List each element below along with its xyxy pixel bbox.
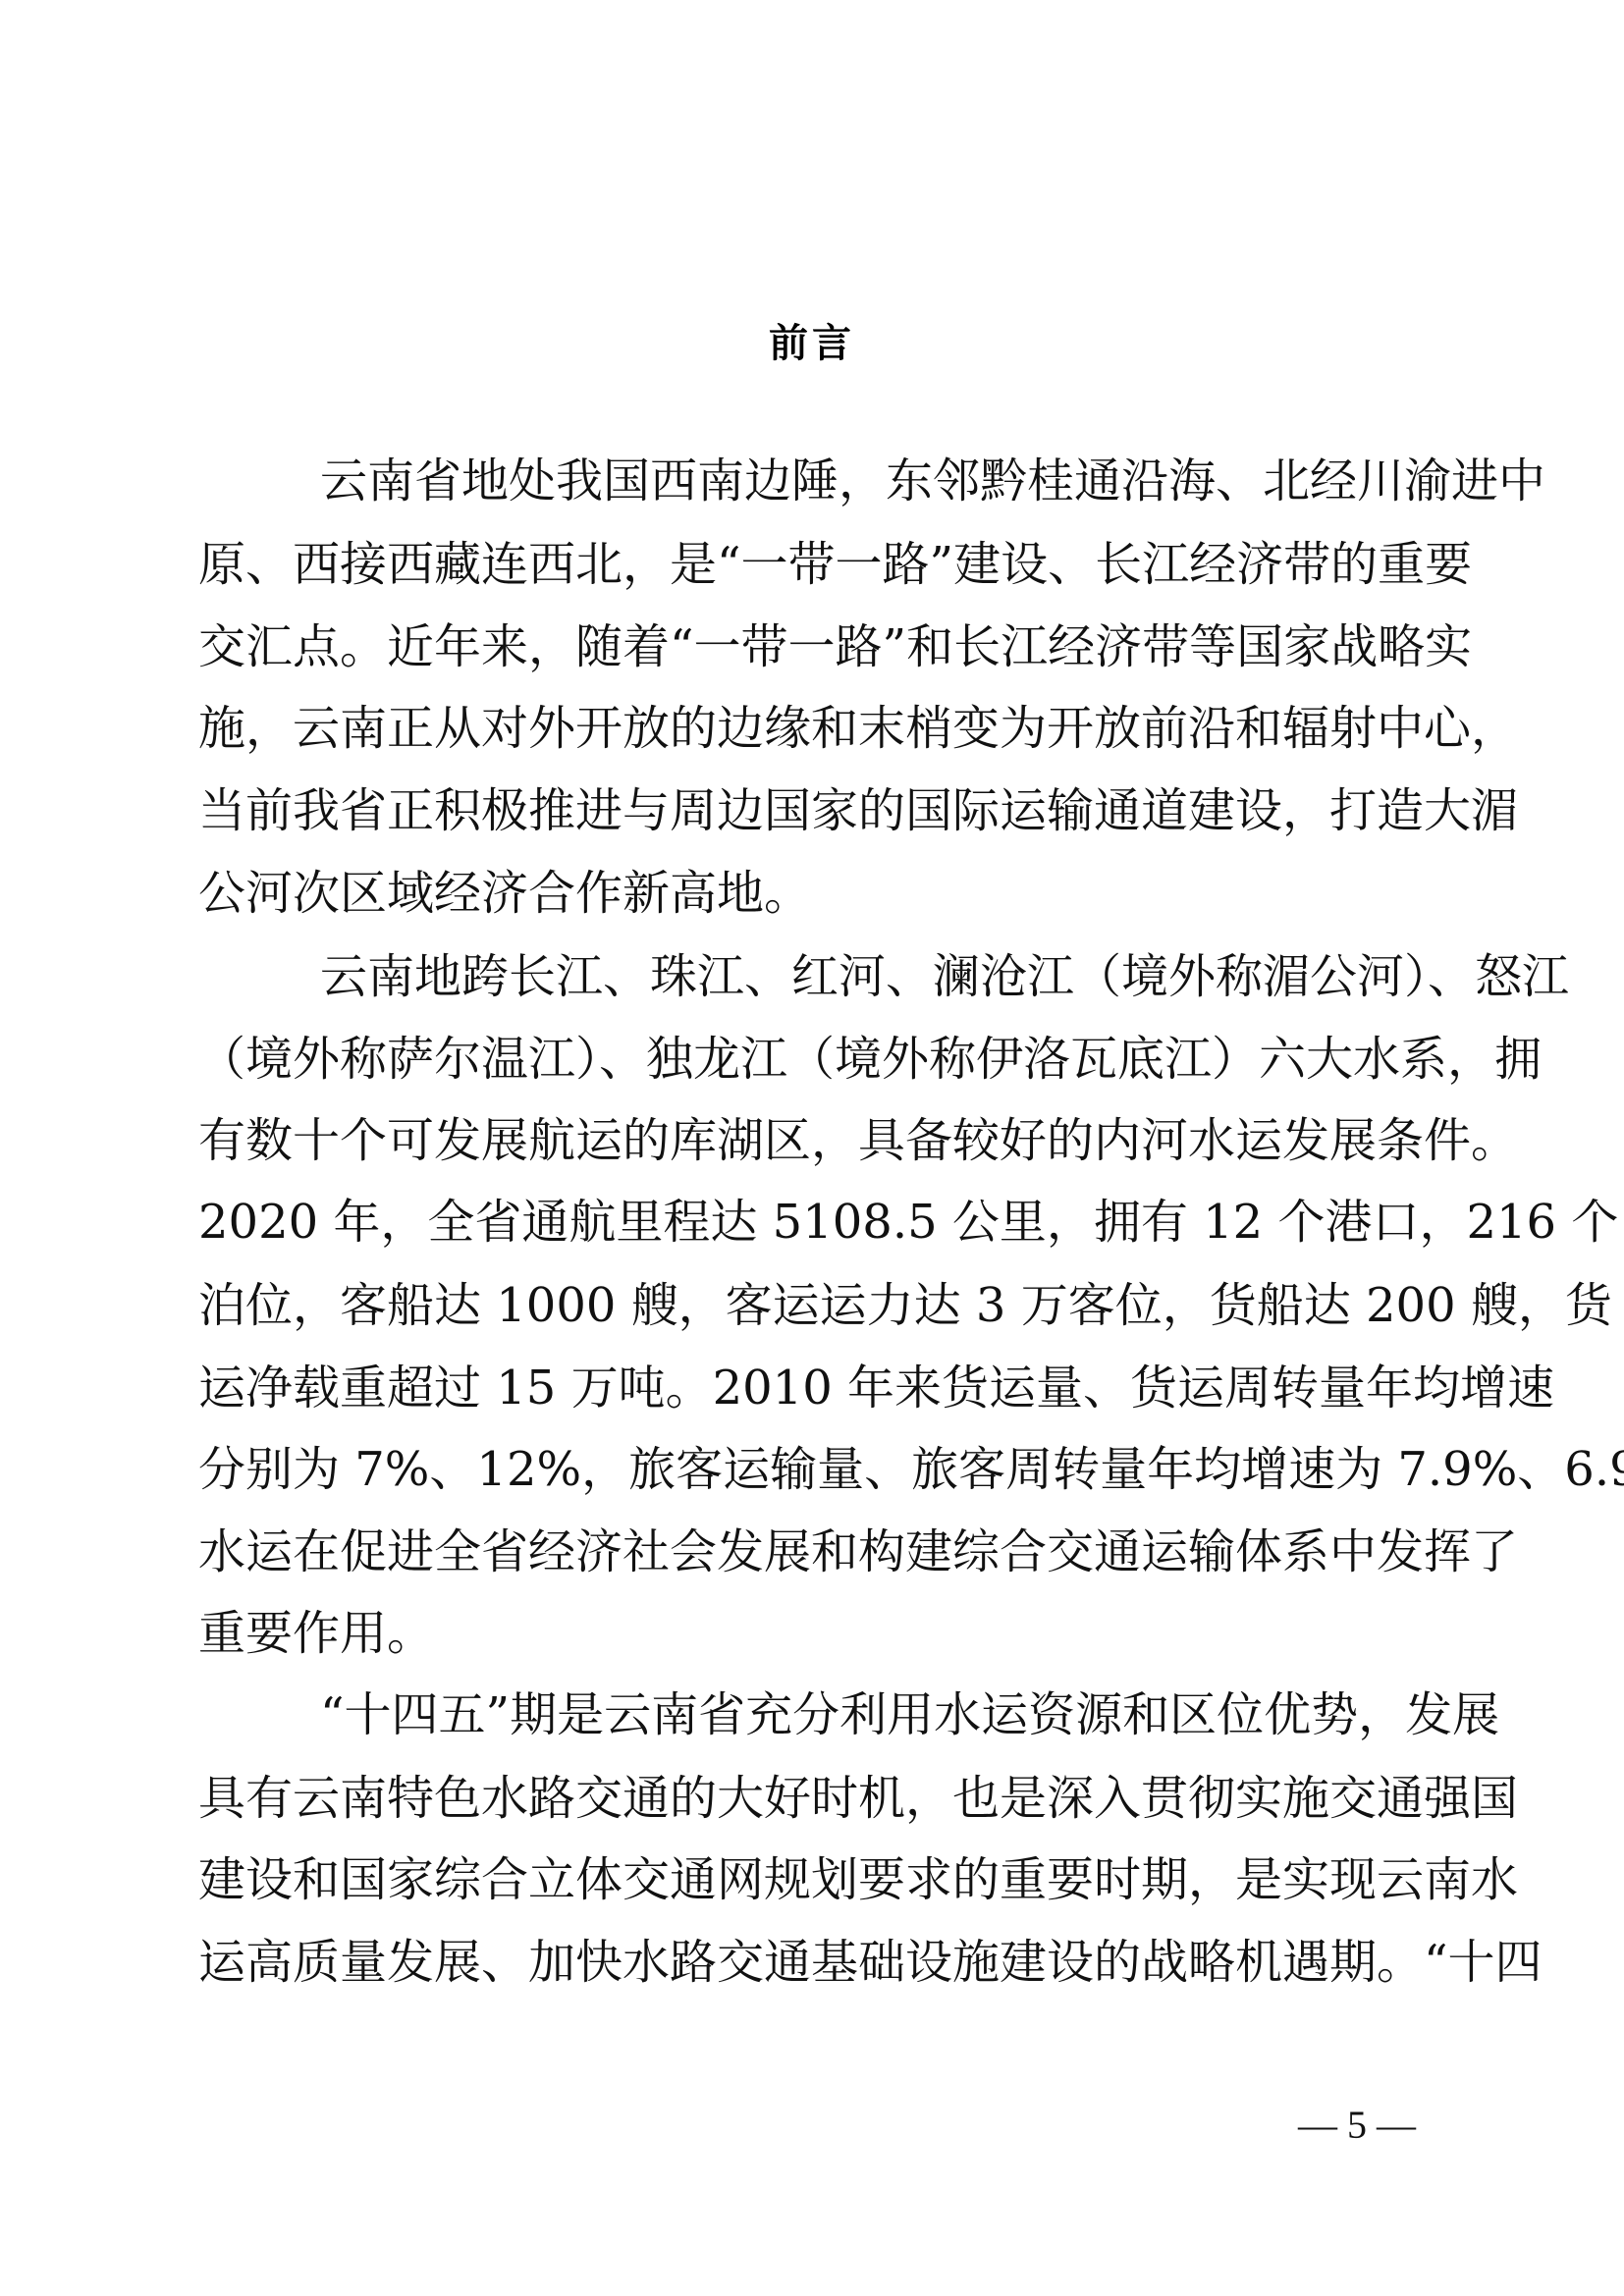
page-number: — 5 — <box>1288 2101 1426 2150</box>
paragraph-1-line-3: 交汇点。近年来，随着“一带一路”和长江经济带等国家战略实 <box>198 613 1426 681</box>
paragraph-1-line-5: 当前我省正积极推进与周边国家的国际运输通道建设，打造大湄 <box>198 776 1426 845</box>
paragraph-3-line-2: 具有云南特色水路交通的大好时机，也是深入贯彻实施交通强国 <box>198 1764 1426 1833</box>
paragraph-2-line-8: 水运在促进全省经济社会发展和构建综合交通运输体系中发挥了 <box>198 1518 1426 1586</box>
paragraph-3-line-4: 运高质量发展、加快水路交通基础设施建设的战略机遇期。“十四 <box>198 1928 1426 1997</box>
paragraph-2-line-5: 泊位，客船达 1000 艘，客运运力达 3 万客位，货船达 200 艘，货 <box>198 1271 1426 1340</box>
paragraph-2-line-4: 2020 年，全省通航里程达 5108.5 公里，拥有 12 个港口，216 个 <box>198 1188 1426 1256</box>
paragraph-2-line-3: 有数十个可发展航运的库湖区，具备较好的内河水运发展条件。 <box>198 1106 1426 1175</box>
paragraph-1-line-4: 施，云南正从对外开放的边缘和末梢变为开放前沿和辐射中心， <box>198 694 1426 763</box>
paragraph-2-line-6: 运净载重超过 15 万吨。2010 年来货运量、货运周转量年均增速 <box>198 1354 1426 1422</box>
paragraph-2-line-1: 云南地跨长江、珠江、红河、澜沧江（境外称湄公河）、怒江 <box>320 942 1426 1011</box>
page-title: 前言 <box>0 312 1624 368</box>
paragraph-3-line-1: “十四五”期是云南省充分利用水运资源和区位优势，发展 <box>320 1681 1426 1749</box>
paragraph-1-line-2: 原、西接西藏连西北，是“一带一路”建设、长江经济带的重要 <box>198 530 1426 599</box>
paragraph-2-line-7: 分别为 7%、12%，旅客运输量、旅客周转量年均增速为 7.9%、6.9%， <box>198 1435 1426 1504</box>
document-page: 前言 云南省地处我国西南边陲，东邻黔桂通沿海、北经川渝进中 原、西接西藏连西北，… <box>0 0 1624 2296</box>
paragraph-1-line-6: 公河次区域经济合作新高地。 <box>198 859 1426 928</box>
paragraph-1-line-1: 云南省地处我国西南边陲，东邻黔桂通沿海、北经川渝进中 <box>320 447 1426 515</box>
paragraph-2-line-2: （境外称萨尔温江）、独龙江（境外称伊洛瓦底江）六大水系，拥 <box>198 1025 1426 1094</box>
paragraph-2-line-9: 重要作用。 <box>198 1599 1426 1668</box>
paragraph-3-line-3: 建设和国家综合立体交通网规划要求的重要时期，是实现云南水 <box>198 1845 1426 1914</box>
